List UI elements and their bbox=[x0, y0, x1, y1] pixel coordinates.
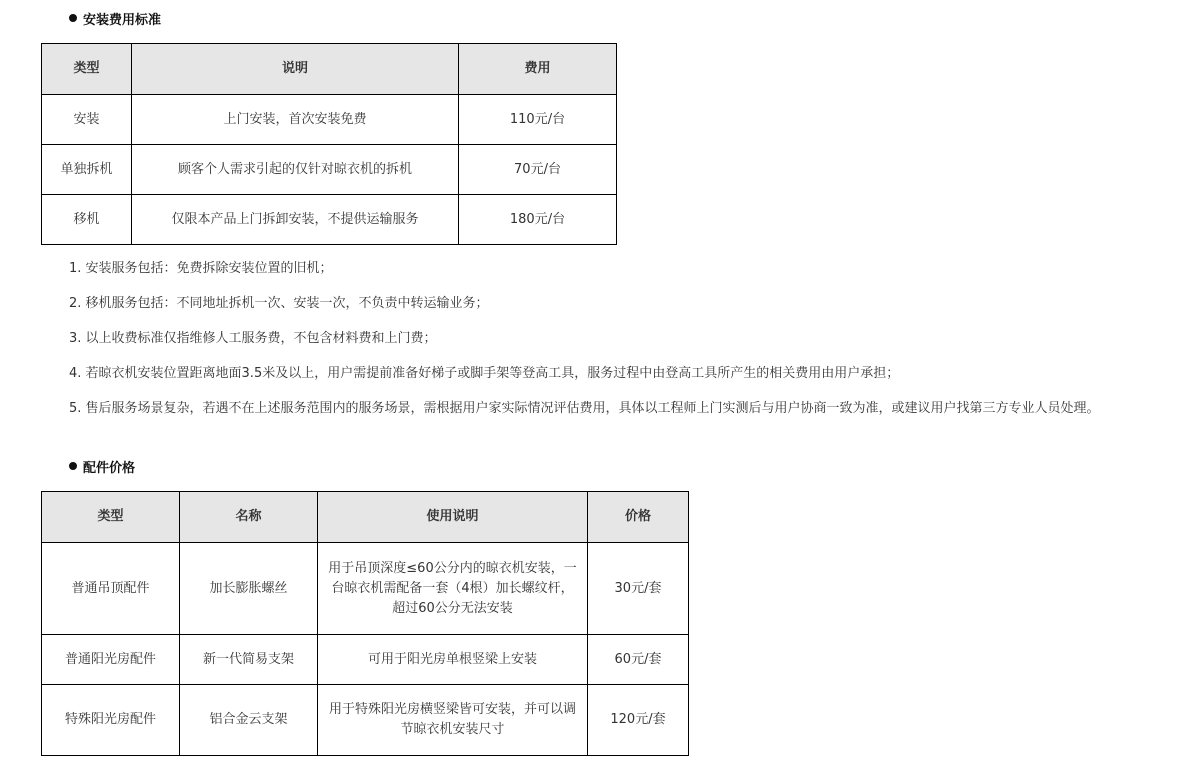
section-title-install-fees: 安装费用标准 bbox=[69, 8, 161, 28]
cell-type: 移机 bbox=[42, 195, 132, 245]
table-row: 单独拆机 顾客个人需求引起的仅针对晾衣机的拆机 70元/台 bbox=[42, 145, 617, 195]
table-row: 特殊阳光房配件 铝合金云支架 用于特殊阳光房横竖梁皆可安装，并可以调节晾衣机安装… bbox=[42, 685, 689, 756]
cell-desc: 顾客个人需求引起的仅针对晾衣机的拆机 bbox=[132, 145, 459, 195]
col-header-type: 类型 bbox=[42, 44, 132, 95]
cell-name: 新一代简易支架 bbox=[180, 635, 318, 685]
cell-price: 60元/套 bbox=[588, 635, 689, 685]
note-item: 3. 以上收费标准仅指维修人工服务费，不包含材料费和上门费； bbox=[69, 328, 1164, 349]
col-header-desc: 说明 bbox=[132, 44, 459, 95]
cell-price: 30元/套 bbox=[588, 543, 689, 635]
col-header-fee: 费用 bbox=[459, 44, 617, 95]
cell-usage: 用于吊顶深度≤60公分内的晾衣机安装，一台晾衣机需配备一套（4根）加长螺纹杆，超… bbox=[318, 543, 588, 635]
col-header-type: 类型 bbox=[42, 492, 180, 543]
table-row: 普通吊顶配件 加长膨胀螺丝 用于吊顶深度≤60公分内的晾衣机安装，一台晾衣机需配… bbox=[42, 543, 689, 635]
cell-price: 120元/套 bbox=[588, 685, 689, 756]
cell-type: 普通吊顶配件 bbox=[42, 543, 180, 635]
section-title-parts-prices: 配件价格 bbox=[69, 456, 135, 476]
table-row: 移机 仅限本产品上门拆卸安装，不提供运输服务 180元/台 bbox=[42, 195, 617, 245]
parts-price-table: 类型 名称 使用说明 价格 普通吊顶配件 加长膨胀螺丝 用于吊顶深度≤60公分内… bbox=[41, 491, 689, 756]
col-header-price: 价格 bbox=[588, 492, 689, 543]
table-row: 普通阳光房配件 新一代简易支架 可用于阳光房单根竖梁上安装 60元/套 bbox=[42, 635, 689, 685]
table-header-row: 类型 名称 使用说明 价格 bbox=[42, 492, 689, 543]
cell-type: 特殊阳光房配件 bbox=[42, 685, 180, 756]
cell-type: 单独拆机 bbox=[42, 145, 132, 195]
col-header-usage: 使用说明 bbox=[318, 492, 588, 543]
table-row: 安装 上门安装，首次安装免费 110元/台 bbox=[42, 95, 617, 145]
note-item: 2. 移机服务包括：不同地址拆机一次、安装一次，不负责中转运输业务； bbox=[69, 293, 1164, 314]
note-item: 4. 若晾衣机安装位置距离地面3.5米及以上，用户需提前准备好梯子或脚手架等登高… bbox=[69, 363, 1164, 384]
cell-fee: 70元/台 bbox=[459, 145, 617, 195]
cell-fee: 110元/台 bbox=[459, 95, 617, 145]
cell-desc: 上门安装，首次安装免费 bbox=[132, 95, 459, 145]
cell-usage: 用于特殊阳光房横竖梁皆可安装，并可以调节晾衣机安装尺寸 bbox=[318, 685, 588, 756]
note-item: 5. 售后服务场景复杂，若遇不在上述服务范围内的服务场景，需根据用户家实际情况评… bbox=[69, 398, 1164, 419]
bullet-icon bbox=[69, 14, 77, 22]
note-item: 1. 安装服务包括：免费拆除安装位置的旧机； bbox=[69, 258, 1164, 279]
cell-name: 加长膨胀螺丝 bbox=[180, 543, 318, 635]
section-title-text: 配件价格 bbox=[83, 457, 135, 476]
cell-type: 安装 bbox=[42, 95, 132, 145]
cell-type: 普通阳光房配件 bbox=[42, 635, 180, 685]
col-header-name: 名称 bbox=[180, 492, 318, 543]
cell-fee: 180元/台 bbox=[459, 195, 617, 245]
cell-desc: 仅限本产品上门拆卸安装，不提供运输服务 bbox=[132, 195, 459, 245]
table-header-row: 类型 说明 费用 bbox=[42, 44, 617, 95]
bullet-icon bbox=[69, 462, 77, 470]
install-fee-table: 类型 说明 费用 安装 上门安装，首次安装免费 110元/台 单独拆机 顾客个人… bbox=[41, 43, 617, 245]
section-title-text: 安装费用标准 bbox=[83, 9, 161, 28]
cell-usage: 可用于阳光房单根竖梁上安装 bbox=[318, 635, 588, 685]
cell-name: 铝合金云支架 bbox=[180, 685, 318, 756]
